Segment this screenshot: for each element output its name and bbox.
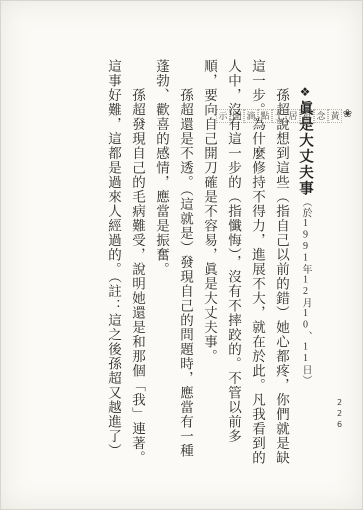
book-page: ❀ 黃念祖居士點滴開示 226 ❖眞是大丈夫事（於1991年12月10、11日）… bbox=[0, 0, 363, 510]
date-segment: 日） bbox=[300, 364, 311, 385]
paragraph: 孫超說想到這些（指自己以前的錯）她心都疼，你們就是缺這一步。為什麼修持不得力，進… bbox=[197, 59, 293, 471]
date-segment: （於 bbox=[300, 197, 311, 218]
paragraph: 孫超發現自己的毛病難受，說明她還是和那個「我」連著。這事好難，這都是過來人經過的… bbox=[101, 59, 149, 471]
date-segment: 1991 bbox=[300, 218, 311, 264]
date-annotation: （於1991年12月10、11日） bbox=[300, 197, 311, 386]
date-segment: 、 bbox=[300, 331, 311, 342]
paragraphs-container: 孫超說想到這些（指自己以前的錯）她心都疼，你們就是缺這一步。為什麼修持不得力，進… bbox=[101, 59, 293, 471]
paragraph: 孫超還是不透。（這就是）發現自己的問題時，應當有一種蓬勃、歡喜的感情，應當是振奮… bbox=[149, 59, 197, 471]
diamond-marker-icon: ❖ bbox=[298, 85, 312, 101]
date-segment: 11 bbox=[300, 341, 311, 364]
date-segment: 月 bbox=[300, 297, 311, 308]
article-body: ❖眞是大丈夫事（於1991年12月10、11日） 孫超說想到這些（指自己以前的錯… bbox=[101, 59, 317, 471]
page-number: 226 bbox=[335, 398, 344, 431]
flower-ornament-icon: ❀ bbox=[342, 107, 353, 120]
date-segment: 10 bbox=[300, 308, 311, 331]
article-title: ❖眞是大丈夫事 bbox=[297, 85, 313, 197]
header-char: 黃 bbox=[328, 109, 342, 123]
article-title-column: ❖眞是大丈夫事（於1991年12月10、11日） bbox=[293, 59, 317, 471]
article-title-text: 眞是大丈夫事 bbox=[297, 101, 313, 197]
date-segment: 年 bbox=[300, 264, 311, 275]
date-segment: 12 bbox=[300, 274, 311, 297]
